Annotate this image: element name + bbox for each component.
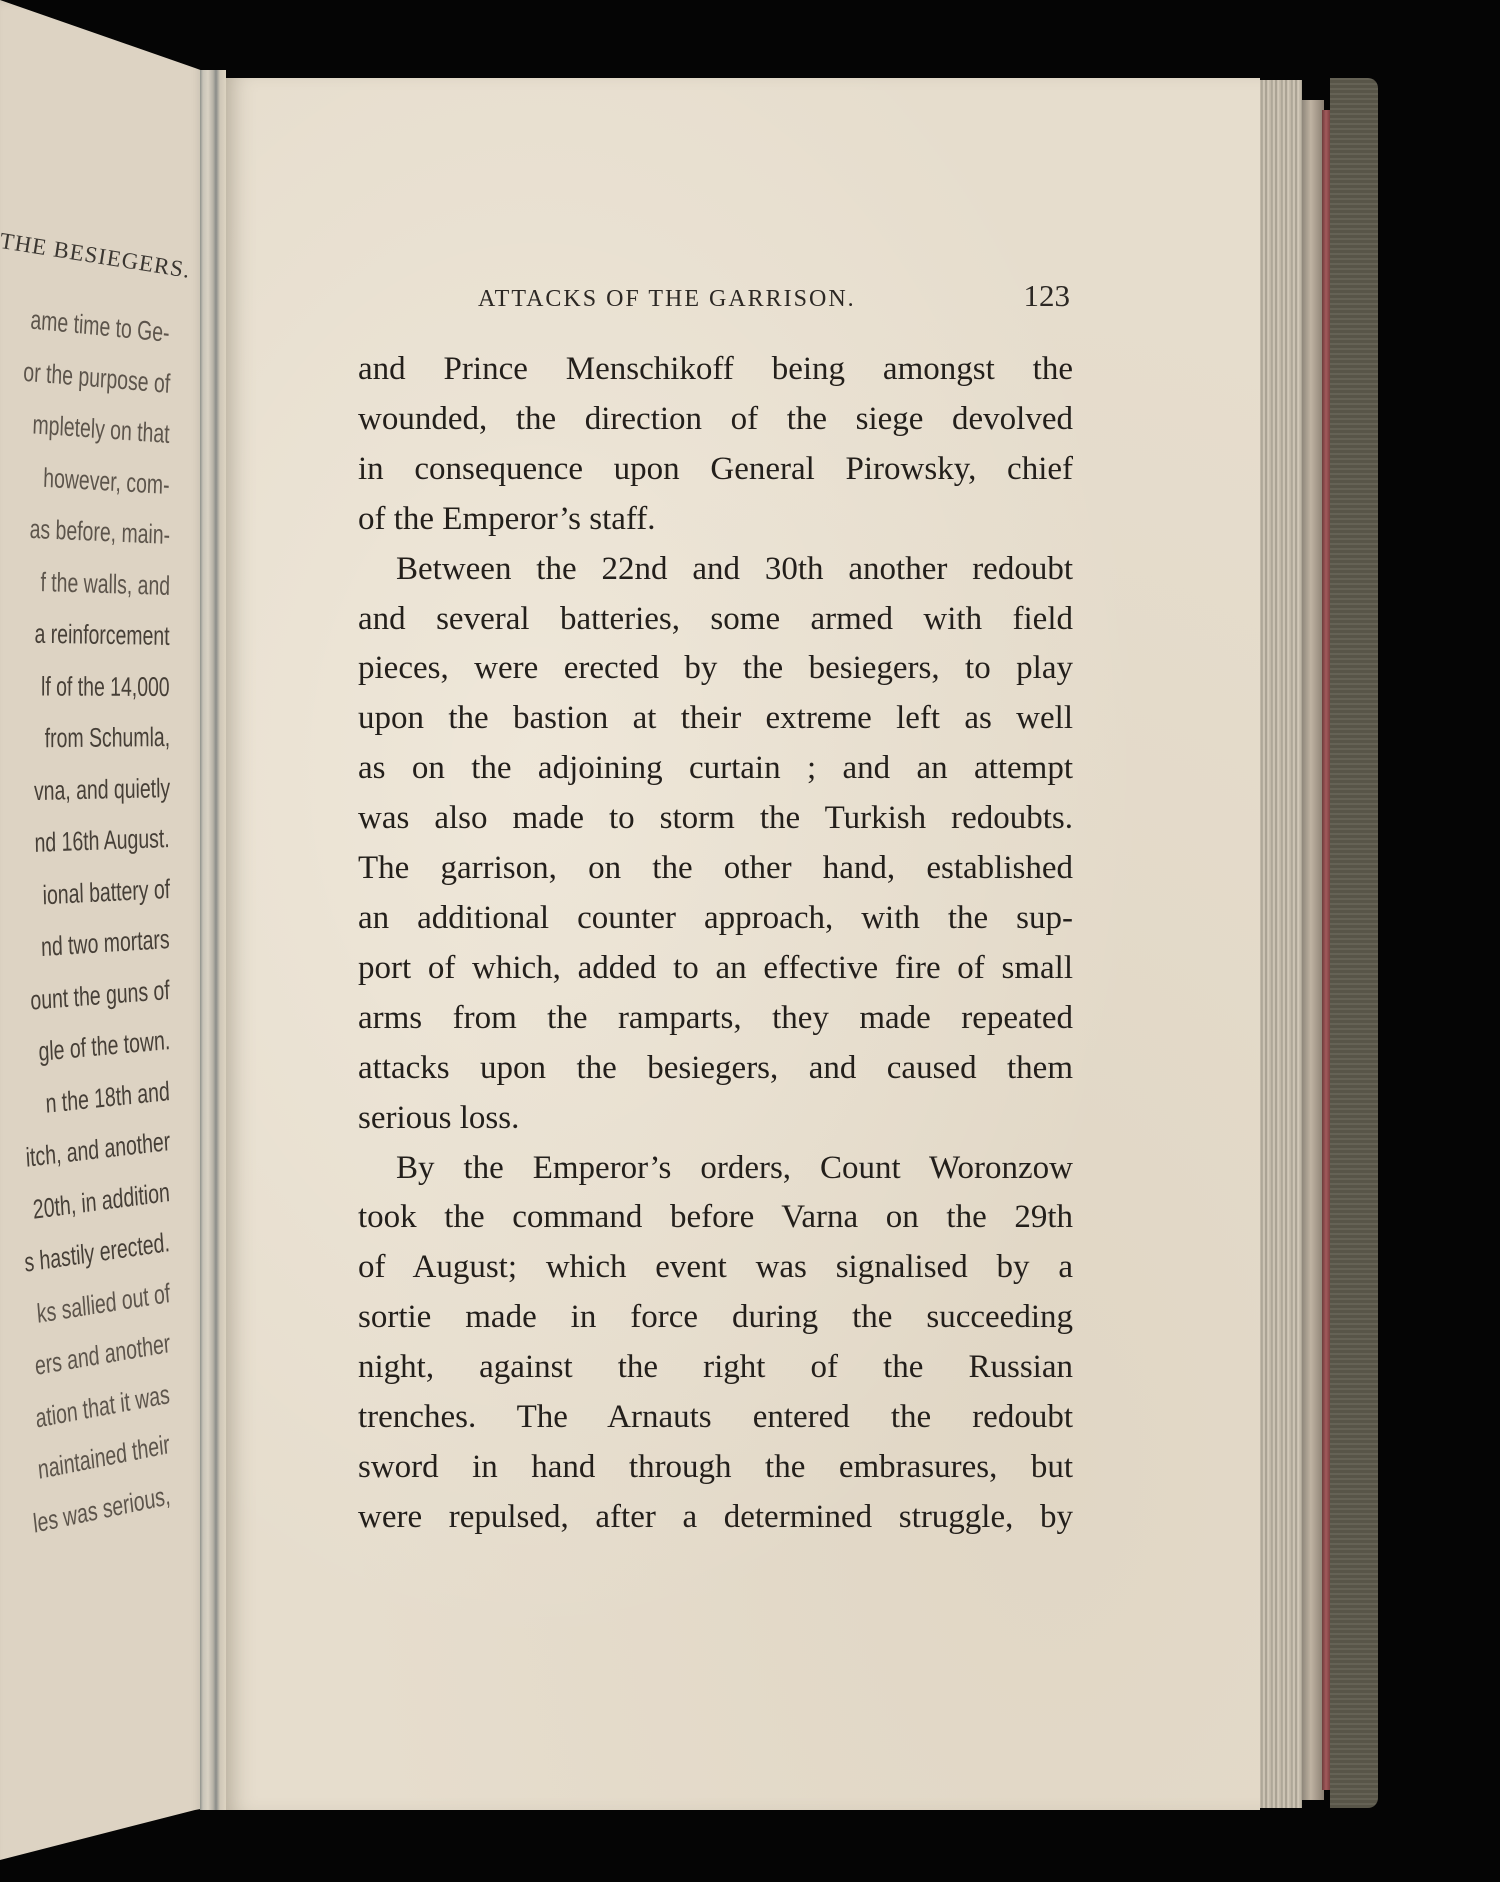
text-line: and Prince Menschikoff being amongst the: [358, 345, 1073, 395]
book-cover: [1330, 78, 1378, 1808]
left-text-line: ers and another: [33, 1328, 171, 1382]
left-text-line: nd two mortars: [41, 924, 170, 963]
text-line: an additional counter approach, with the…: [358, 894, 1073, 944]
running-title: ATTACKS OF THE GARRISON.: [478, 286, 856, 313]
page-number: 123: [1024, 278, 1071, 314]
left-text-line: ation that it was: [35, 1379, 172, 1434]
running-head: ATTACKS OF THE GARRISON. 123: [478, 278, 1070, 314]
text-line: arms from the ramparts, they made repeat…: [358, 994, 1073, 1044]
left-text-line: n the 18th and: [45, 1076, 171, 1120]
left-text-line: ks sallied out of: [36, 1278, 172, 1330]
left-text-line: a reinforcement: [35, 619, 170, 652]
left-text-line: ame time to Ge-: [30, 305, 171, 349]
text-line: sword in hand through the embrasures, bu…: [358, 1443, 1073, 1493]
book-gutter: [200, 70, 226, 1810]
left-text-line: f the walls, and: [40, 567, 170, 602]
left-running-head: THE BESIEGERS.: [0, 228, 193, 284]
text-line: attacks upon the besiegers, and caused t…: [358, 1044, 1073, 1094]
text-line: in consequence upon General Pirowsky, ch…: [358, 445, 1073, 495]
left-text-line: however, com-: [43, 462, 170, 500]
text-line: of August; which event was signalised by…: [358, 1243, 1073, 1293]
left-text-line: les was serious,: [32, 1480, 172, 1540]
text-line: serious loss.: [358, 1094, 1073, 1144]
left-page: THE BESIEGERS. ame time to Ge-or the pur…: [0, 0, 206, 1882]
text-line: Between the 22nd and 30th another redoub…: [358, 545, 1073, 595]
left-page-text: THE BESIEGERS. ame time to Ge-or the pur…: [0, 0, 170, 1882]
left-text-line: or the purpose of: [23, 356, 171, 399]
text-line: as on the adjoining curtain ; and an att…: [358, 744, 1073, 794]
text-line: night, against the right of the Russian: [358, 1343, 1073, 1393]
left-text-line: ount the guns of: [30, 975, 170, 1017]
left-text-line: itch, and another: [25, 1126, 171, 1174]
left-text-line: gle of the town.: [38, 1025, 171, 1068]
text-line: The garrison, on the other hand, establi…: [358, 844, 1073, 894]
text-line: of the Emperor’s staff.: [358, 495, 1073, 545]
page-block-edge: [1302, 100, 1324, 1800]
left-text-line: from Schumla,: [45, 722, 170, 754]
text-line: wounded, the direction of the siege devo…: [358, 395, 1073, 445]
left-text-line: s hastily erected.: [24, 1227, 171, 1279]
left-text-line: lf of the 14,000: [41, 671, 170, 702]
text-line: was also made to storm the Turkish redou…: [358, 794, 1073, 844]
left-text-line: 20th, in addition: [32, 1177, 171, 1226]
text-line: port of which, added to an effective fir…: [358, 944, 1073, 994]
text-line: By the Emperor’s orders, Count Woronzow: [358, 1144, 1073, 1194]
left-text-line: naintained their: [37, 1429, 172, 1486]
left-text-line: ional battery of: [42, 874, 170, 911]
text-line: upon the bastion at their extreme left a…: [358, 694, 1073, 744]
text-line: pieces, were erected by the besiegers, t…: [358, 644, 1073, 694]
left-text-line: as before, main-: [29, 514, 170, 551]
left-text-line: vna, and quietly: [34, 773, 171, 807]
left-text-line: mpletely on that: [32, 409, 170, 450]
body-text: and Prince Menschikoff being amongst the…: [358, 345, 1073, 1543]
text-line: sortie made in force during the succeedi…: [358, 1293, 1073, 1343]
text-line: took the command before Varna on the 29t…: [358, 1193, 1073, 1243]
page-edges: [1260, 80, 1302, 1808]
left-text-line: nd 16th August.: [35, 823, 171, 859]
text-line: and several batteries, some armed with f…: [358, 595, 1073, 645]
text-line: trenches. The Arnauts entered the redoub…: [358, 1393, 1073, 1443]
red-endpaper-edge: [1322, 110, 1330, 1790]
text-line: were repulsed, after a determined strugg…: [358, 1493, 1073, 1543]
